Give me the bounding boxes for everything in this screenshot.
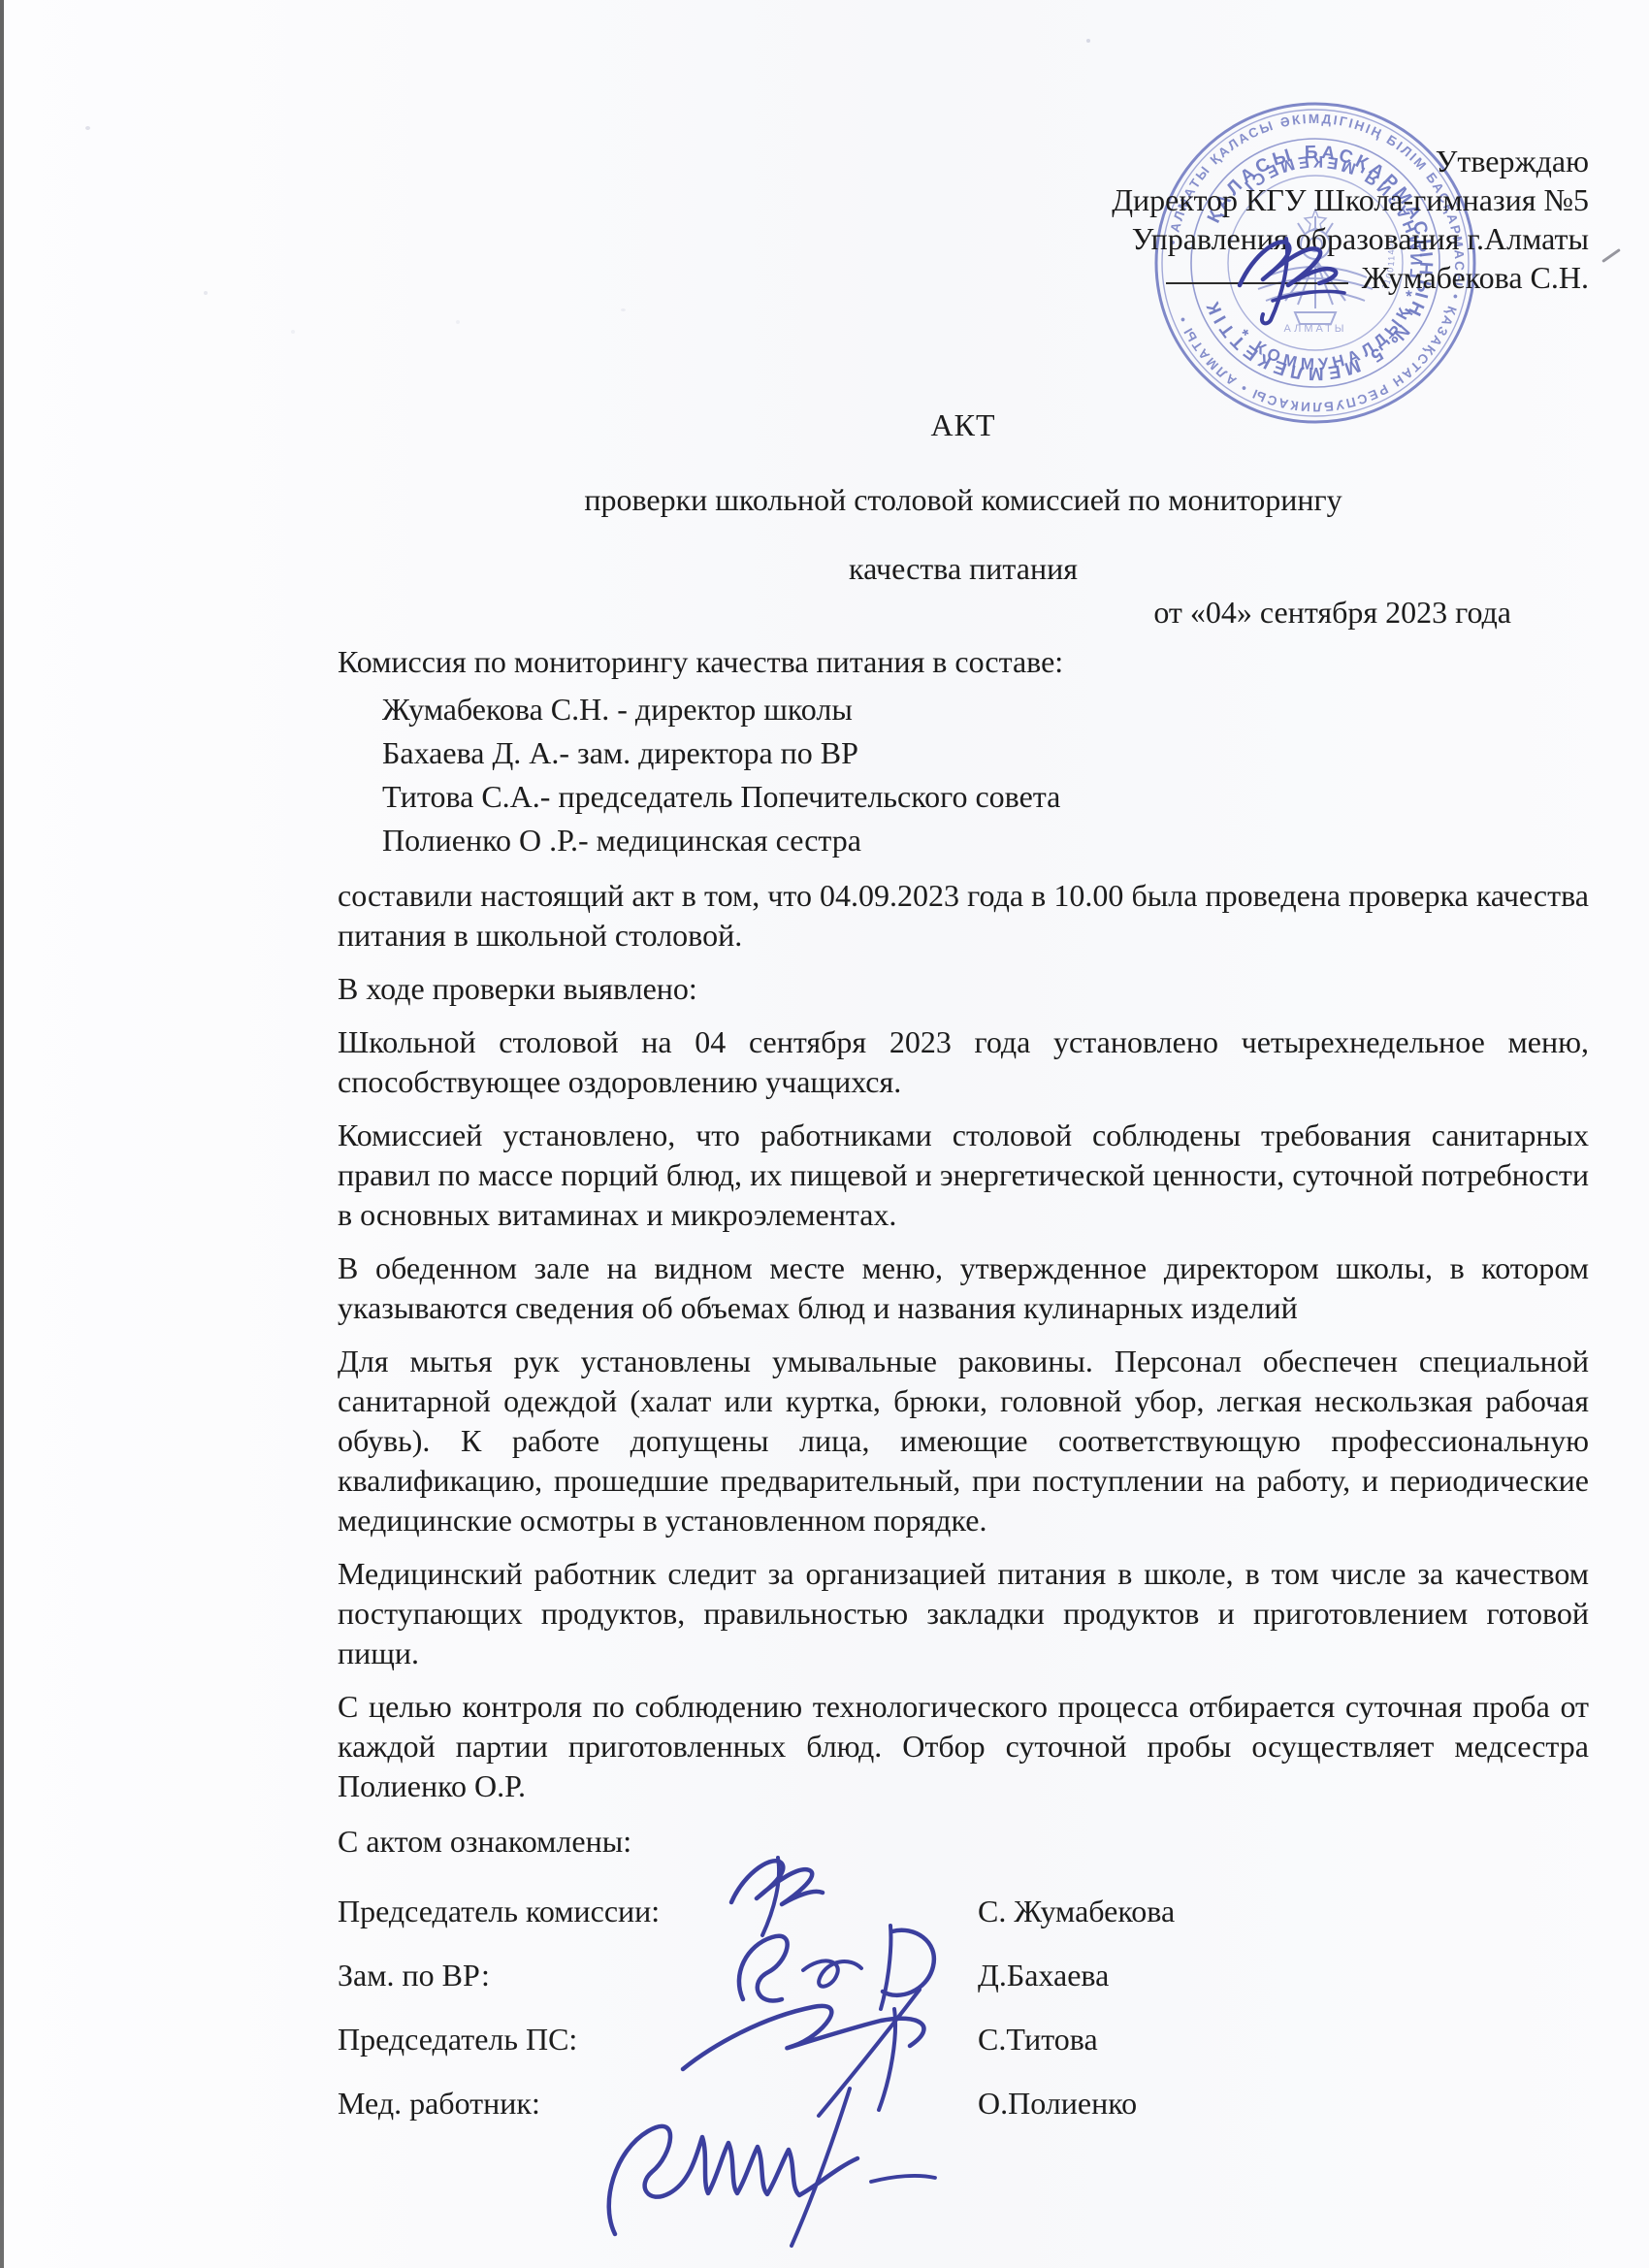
document-subtitle-2: качества питания — [338, 549, 1589, 589]
paragraph: С целью контроля по соблюдению технологи… — [338, 1687, 1589, 1806]
paragraph: В обеденном зале на видном месте меню, у… — [338, 1248, 1589, 1328]
signatory-role: Председатель ПС: — [338, 2020, 939, 2059]
approval-department-line: Управления образования г.Алматы — [338, 219, 1589, 258]
signature-row: Председатель ПС: С.Титова — [338, 2007, 1589, 2071]
scan-artifact-mark — [1601, 248, 1621, 263]
signatory-role: Мед. работник: — [338, 2084, 939, 2123]
scan-speckles — [0, 0, 10, 10]
signatory-name: С.Титова — [978, 2020, 1098, 2059]
signature-row: Мед. работник: О.Полиенко — [338, 2071, 1589, 2135]
paragraph: Медицинский работник следит за организац… — [338, 1554, 1589, 1673]
signature-row: Председатель комиссии: С. Жумабекова — [338, 1879, 1589, 1943]
signature-block: Председатель комиссии: С. Жумабекова Зам… — [338, 1879, 1589, 2135]
document-date: от «04» сентября 2023 года — [338, 593, 1589, 632]
signatory-name: С. Жумабекова — [978, 1892, 1175, 1931]
paragraph: Комиссией установлено, что работниками с… — [338, 1116, 1589, 1235]
director-signature — [1230, 225, 1385, 330]
approval-word: Утверждаю — [338, 142, 1589, 180]
approval-block: Утверждаю Директор КГУ Школа-гимназия №5… — [338, 142, 1589, 297]
approval-signature-row: Жумабекова С.Н. — [338, 258, 1589, 297]
approval-director-line: Директор КГУ Школа-гимназия №5 — [338, 180, 1589, 219]
paragraph: Школьной столовой на 04 сентября 2023 го… — [338, 1022, 1589, 1102]
signatory-name: О.Полиенко — [978, 2084, 1137, 2123]
signatory-role: Зам. по ВР: — [338, 1956, 939, 1995]
acknowledgement-line: С актом ознакомлены: — [338, 1822, 1589, 1862]
signatory-role: Председатель комиссии: — [338, 1892, 939, 1931]
commission-member: Полиенко О .Р.- медицинская сестра — [382, 819, 1589, 862]
commission-intro: Комиссия по мониторингу качества питания… — [338, 642, 1589, 682]
commission-member: Жумабекова С.Н. - директор школы — [382, 688, 1589, 731]
approval-signer-name: Жумабекова С.Н. — [1362, 260, 1589, 295]
title-block: АКТ проверки школьной столовой комиссией… — [338, 405, 1589, 589]
signature-row: Зам. по ВР: Д.Бахаева — [338, 1943, 1589, 2007]
commission-member: Бахаева Д. А.- зам. директора по ВР — [382, 731, 1589, 775]
document-subtitle-1: проверки школьной столовой комиссией по … — [338, 480, 1589, 520]
signatory-name: Д.Бахаева — [978, 1956, 1109, 1995]
scanned-document-page: • АЛМАТЫ ҚАЛАСЫ ӘКІМДІГІНІҢ БІЛІМ БАСҚАР… — [0, 0, 1649, 2268]
paragraph: Для мытья рук установлены умывальные рак… — [338, 1342, 1589, 1540]
commission-members: Жумабекова С.Н. - директор школы Бахаева… — [338, 688, 1589, 862]
scan-left-edge — [0, 0, 4, 2268]
paragraph: В ходе проверки выявлено: — [338, 969, 1589, 1009]
body-paragraphs: составили настоящий акт в том, что 04.09… — [338, 876, 1589, 1806]
commission-member: Титова С.А.- председатель Попечительског… — [382, 775, 1589, 819]
paragraph: составили настоящий акт в том, что 04.09… — [338, 876, 1589, 956]
